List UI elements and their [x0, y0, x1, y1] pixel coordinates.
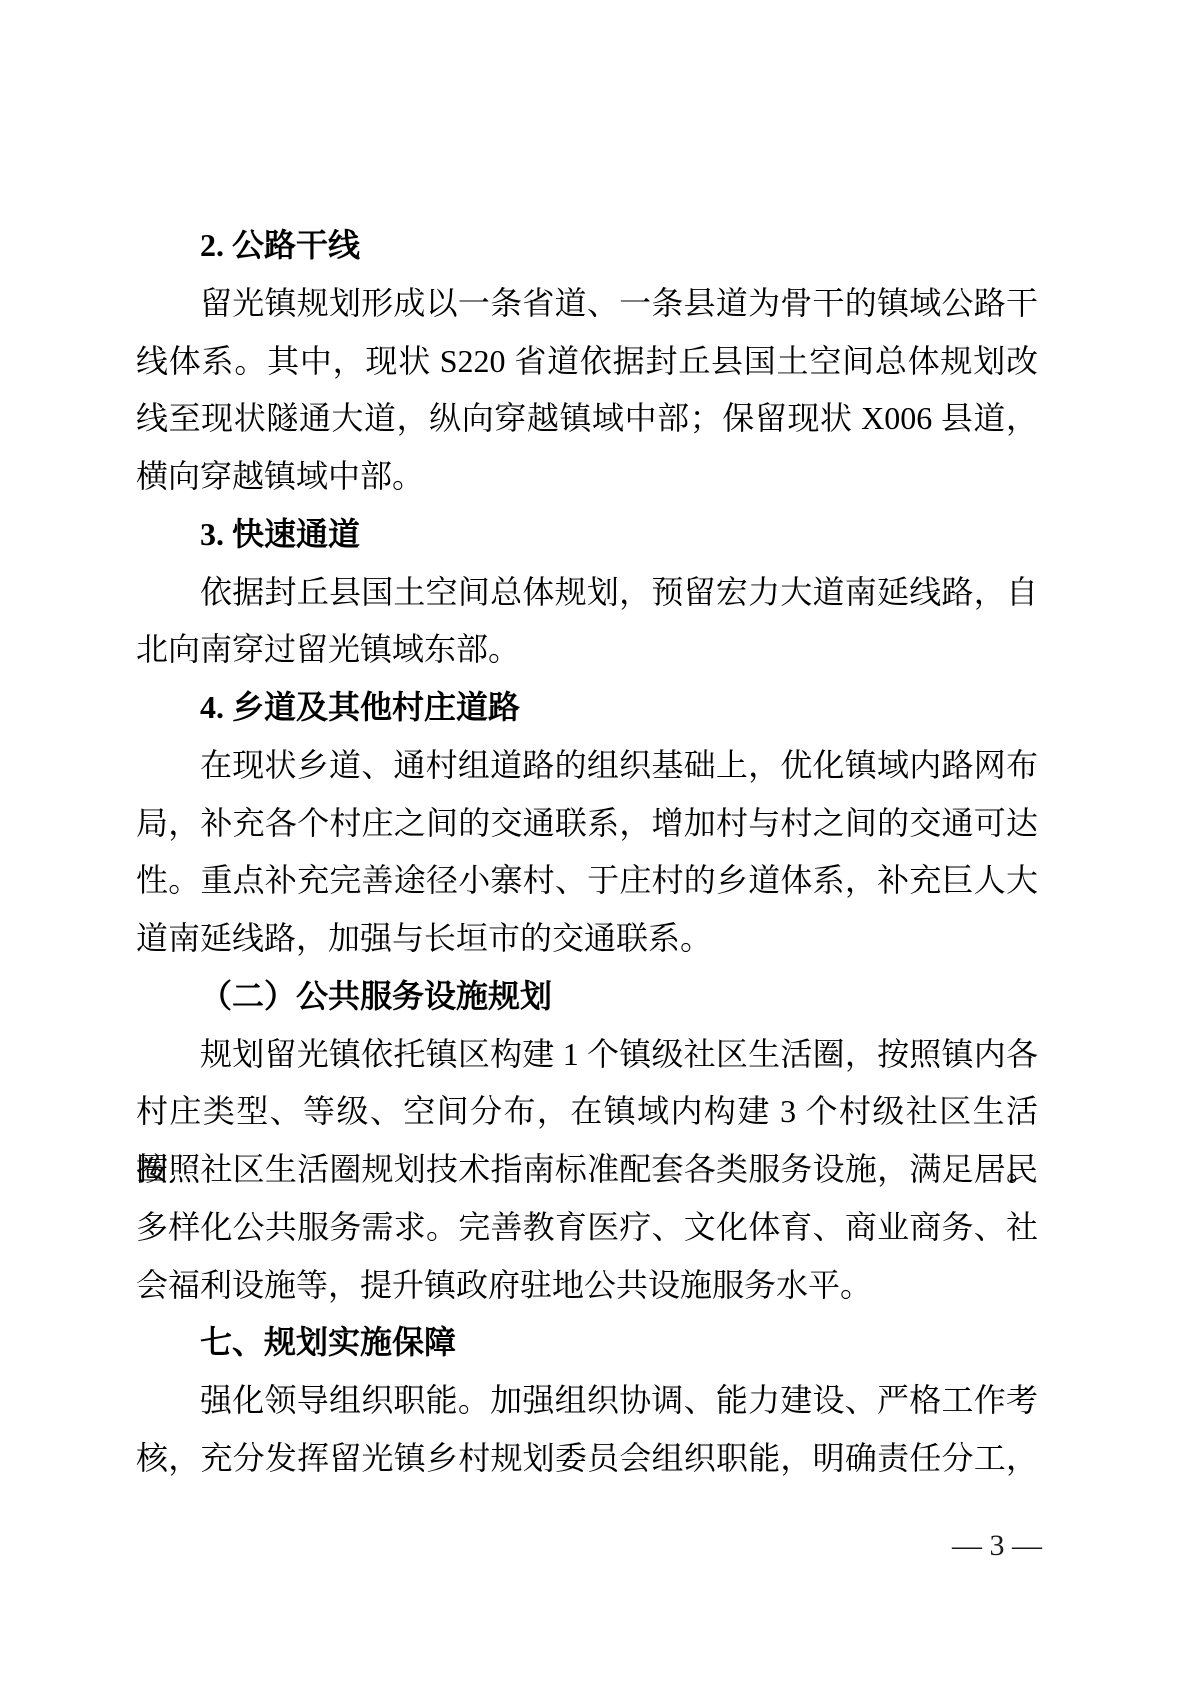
text-line: 多样化公共服务需求。完善教育医疗、文化体育、商业商务、社 — [136, 1199, 1038, 1257]
text-line: 线至现状隧通大道，纵向穿越镇域中部；保留现状 X006 县道， — [136, 390, 1038, 448]
document-body: 2. 公路干线留光镇规划形成以一条省道、一条县道为骨干的镇域公路干线体系。其中，… — [136, 217, 1038, 1488]
section-heading: 4. 乡道及其他村庄道路 — [136, 679, 1038, 737]
text-line: 道南延线路，加强与长垣市的交通联系。 — [136, 910, 1038, 968]
document-page: 2. 公路干线留光镇规划形成以一条省道、一条县道为骨干的镇域公路干线体系。其中，… — [0, 0, 1190, 1683]
text-line: 依据封丘县国土空间总体规划，预留宏力大道南延线路，自 — [136, 564, 1038, 622]
text-line: 局，补充各个村庄之间的交通联系，增加村与村之间的交通可达 — [136, 795, 1038, 853]
text-line: 规划留光镇依托镇区构建 1 个镇级社区生活圈，按照镇内各 — [136, 1026, 1038, 1084]
text-line: 留光镇规划形成以一条省道、一条县道为骨干的镇域公路干 — [136, 275, 1038, 333]
text-line: 强化领导组织职能。加强组织协调、能力建设、严格工作考 — [136, 1372, 1038, 1430]
text-line: 村庄类型、等级、空间分布，在镇域内构建 3 个村级社区生活圈。 — [136, 1083, 1038, 1141]
text-line: 按照社区生活圈规划技术指南标准配套各类服务设施，满足居民 — [136, 1141, 1038, 1199]
text-line: 在现状乡道、通村组道路的组织基础上，优化镇域内路网布 — [136, 737, 1038, 795]
section-heading: 3. 快速通道 — [136, 506, 1038, 564]
text-line: 性。重点补充完善途径小寨村、于庄村的乡道体系，补充巨人大 — [136, 852, 1038, 910]
text-line: 横向穿越镇域中部。 — [136, 448, 1038, 506]
text-line: 核，充分发挥留光镇乡村规划委员会组织职能，明确责任分工， — [136, 1430, 1038, 1488]
section-heading: 七、规划实施保障 — [136, 1314, 1038, 1372]
section-heading: 2. 公路干线 — [136, 217, 1038, 275]
text-line: 会福利设施等，提升镇政府驻地公共设施服务水平。 — [136, 1257, 1038, 1315]
text-line: 线体系。其中，现状 S220 省道依据封丘县国土空间总体规划改 — [136, 333, 1038, 391]
page-number: — 3 — — [952, 1528, 1042, 1564]
text-line: 北向南穿过留光镇域东部。 — [136, 621, 1038, 679]
section-heading: （二）公共服务设施规划 — [136, 968, 1038, 1026]
